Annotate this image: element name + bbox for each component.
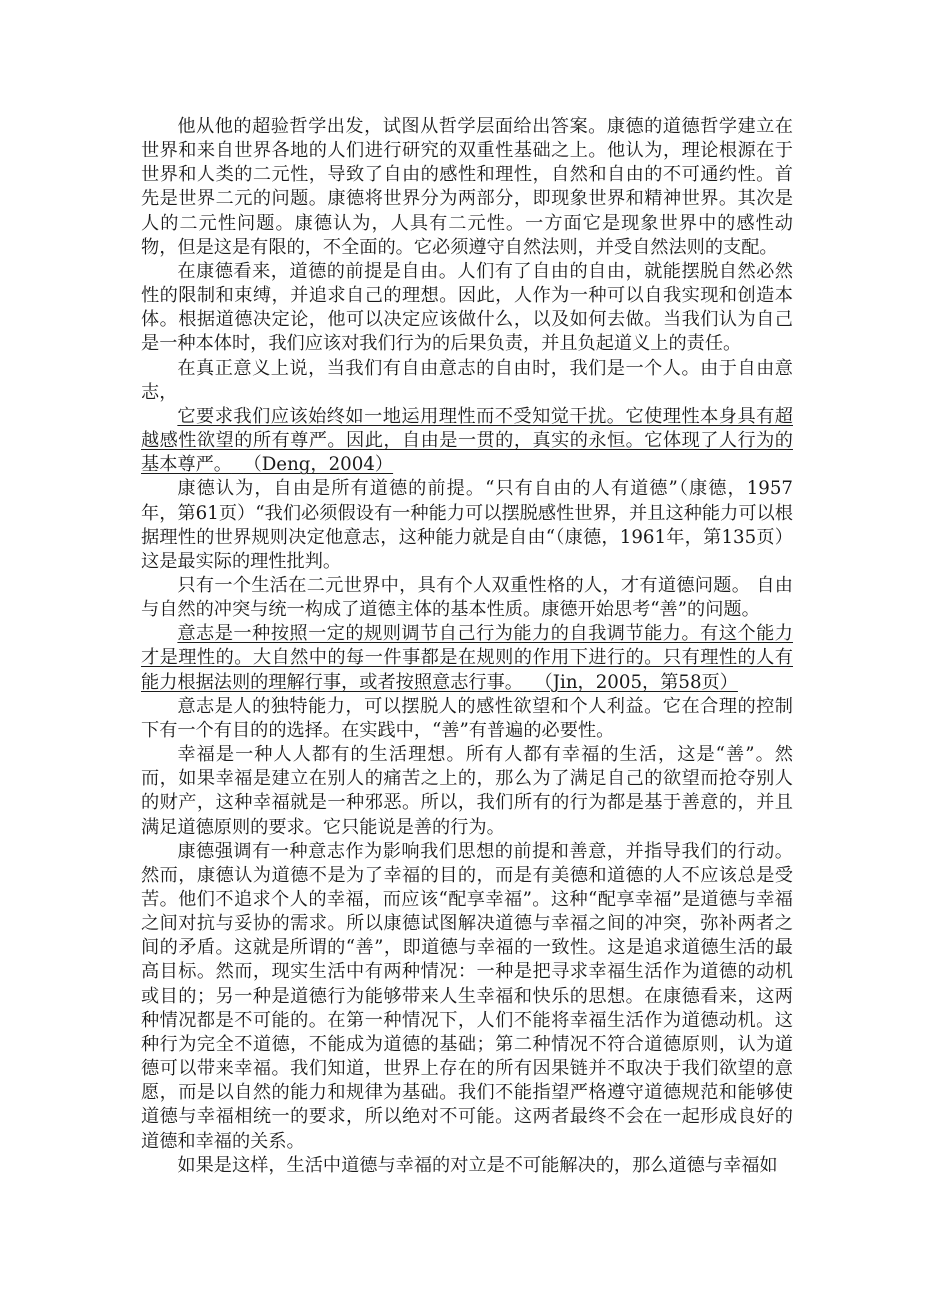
paragraph-freedom-morality: 康德认为，自由是所有道德的前提。“只有自由的人有道德”（康德，1957年，第61…: [141, 477, 793, 574]
paragraph-conclusion-start: 如果是这样，生活中道德与幸福的对立是不可能解决的，那么道德与幸福如: [141, 1154, 793, 1178]
block-quote-jin: 意志是一种按照一定的规则调节自己行为能力的自我调节能力。有这个能力才是理性的。大…: [141, 622, 793, 694]
quote-spacer: [523, 672, 535, 693]
quote-spacer: [232, 454, 244, 475]
quote-citation: （Jin，2005，第58页）: [535, 672, 738, 693]
paragraph-will-ability: 意志是人的独特能力，可以摆脱人的感性欲望和个人利益。它在合理的控制下有一个有目的…: [141, 695, 793, 743]
paragraph-happiness-ideal: 幸福是一种人人都有的生活理想。所有人都有幸福的生活，这是“善”。然而，如果幸福是…: [141, 743, 793, 840]
paragraph-free-will: 在真正意义上说，当我们有自由意志的自由时，我们是一个人。由于自由意志，: [141, 357, 793, 405]
paragraph-freedom-premise: 在康德看来，道德的前提是自由。人们有了自由的自由，就能摆脱自然必然性的限制和束缚…: [141, 260, 793, 357]
paragraph-virtue-happiness: 康德强调有一种意志作为影响我们思想的前提和善意，并指导我们的行动。然而，康德认为…: [141, 840, 793, 1154]
quote-citation: （Deng，2004）: [244, 454, 394, 475]
block-quote-deng: 它要求我们应该始终如一地运用理性而不受知觉干扰。它使理性本身具有超越感性欲望的所…: [141, 405, 793, 477]
document-page: 他从他的超验哲学出发，试图从哲学层面给出答案。康德的道德哲学建立在世界和来自世界…: [141, 115, 793, 1178]
paragraph-dual-world: 只有一个生活在二元世界中，具有个人双重性格的人，才有道德问题。 自由与自然的冲突…: [141, 574, 793, 622]
paragraph-kant-transcendental: 他从他的超验哲学出发，试图从哲学层面给出答案。康德的道德哲学建立在世界和来自世界…: [141, 115, 793, 260]
